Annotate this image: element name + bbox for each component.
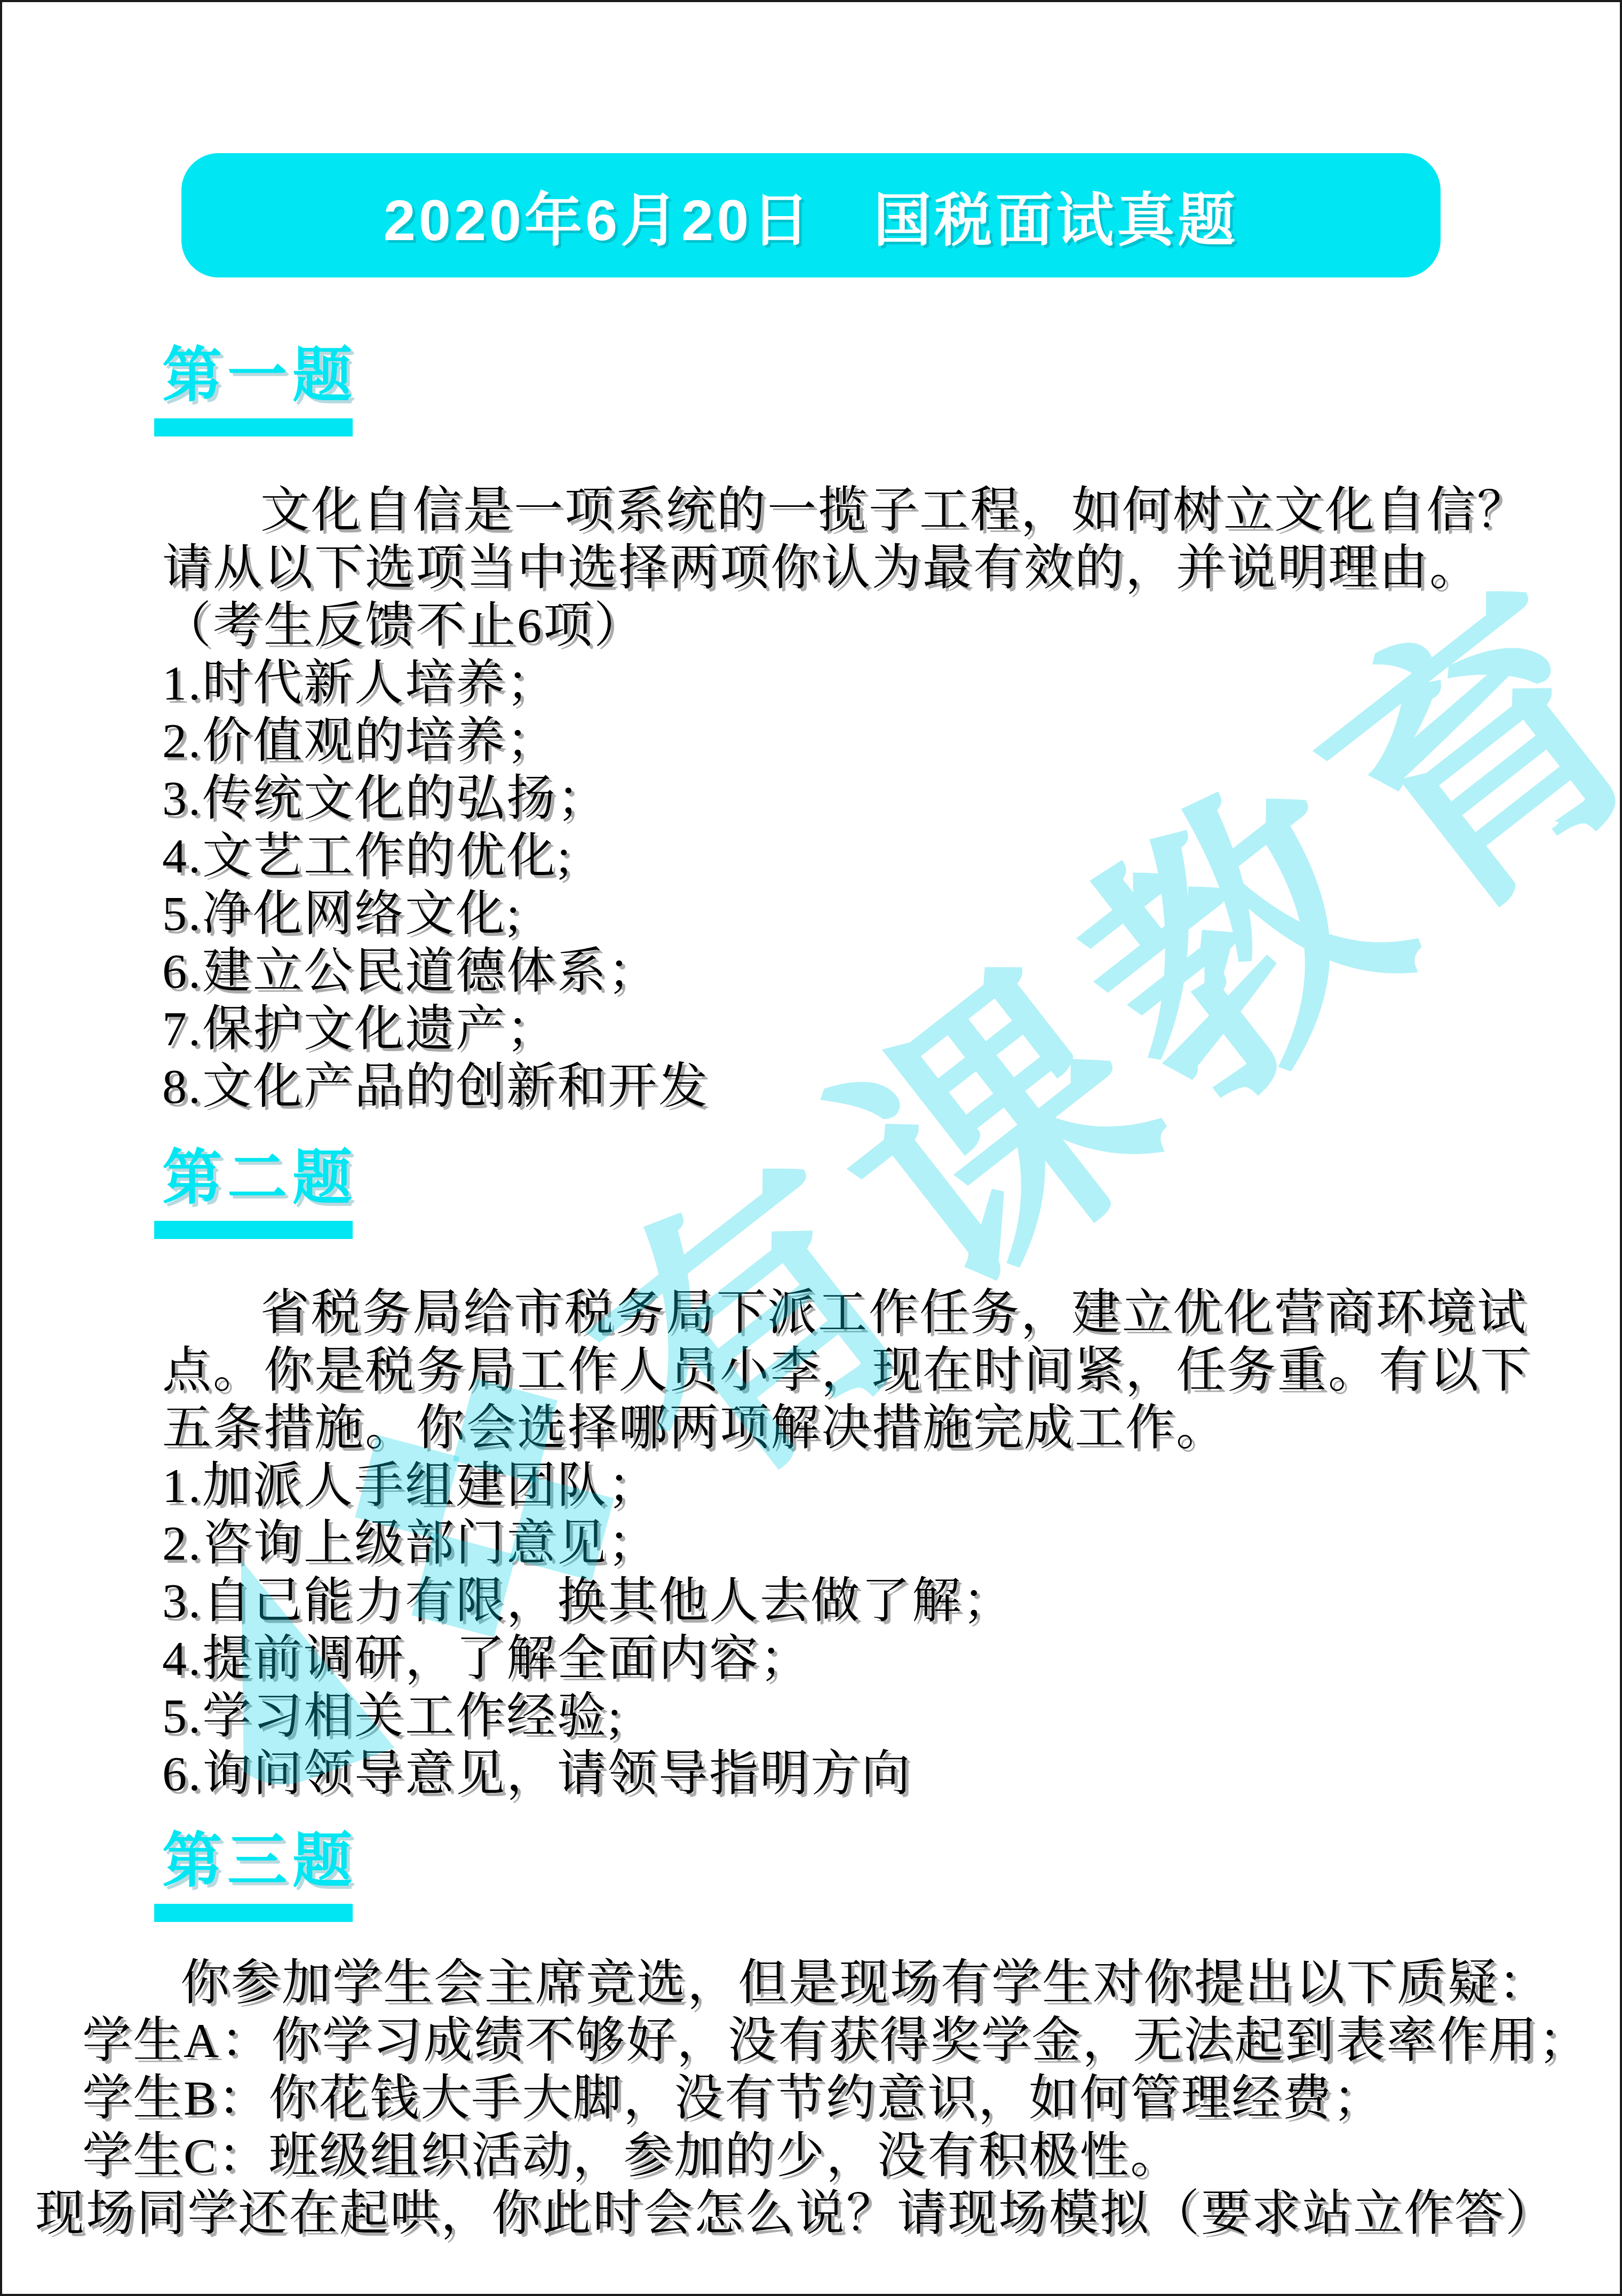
- paragraph-line: （考生反馈不止6项）: [162, 597, 1620, 654]
- list-item: 6.建立公民道德体系；: [162, 942, 1620, 1000]
- document-page: 2020年6月20日 国税面试真题 第一题 文化自信是一项系统的一揽子工程，如何…: [0, 0, 1622, 2296]
- section-2: 第二题 省税务局给市税务局下派工作任务，建立优化营商环境试 点。你是税务局工作人…: [2, 1148, 1620, 1802]
- section-2-heading: 第二题: [162, 1148, 1620, 1208]
- section-2-paragraph: 省税务局给市税务局下派工作任务，建立优化营商环境试 点。你是税务局工作人员小李，…: [2, 1284, 1620, 1457]
- list-item: 5.净化网络文化;: [162, 885, 1620, 942]
- paragraph-line: 现场同学还在起哄，你此时会怎么说？请现场模拟（要求站立作答）: [35, 2184, 1620, 2242]
- list-item: 4.文艺工作的优化;: [162, 827, 1620, 885]
- paragraph-line: 学生B：你花钱大手大脚，没有节约意识，如何管理经费；: [82, 2069, 1620, 2127]
- section-1-heading: 第一题: [162, 346, 1620, 406]
- title-banner: 2020年6月20日 国税面试真题: [181, 153, 1441, 277]
- section-1-paragraph: 文化自信是一项系统的一揽子工程，如何树立文化自信？ 请从以下选项当中选择两项你认…: [2, 481, 1620, 654]
- list-item: 2.价值观的培养；: [162, 712, 1620, 769]
- list-item: 1.时代新人培养；: [162, 654, 1620, 712]
- list-item: 3.传统文化的弘扬；: [162, 769, 1620, 827]
- list-item: 1.加派人手组建团队；: [162, 1457, 1620, 1514]
- paragraph-line: 文化自信是一项系统的一揽子工程，如何树立文化自信？: [162, 481, 1620, 539]
- heading-underline: [154, 418, 353, 436]
- section-1: 第一题 文化自信是一项系统的一揽子工程，如何树立文化自信？ 请从以下选项当中选择…: [2, 346, 1620, 1115]
- list-item: 8.文化产品的创新和开发: [162, 1058, 1620, 1115]
- section-3: 第三题 你参加学生会主席竞选，但是现场有学生对你提出以下质疑： 学生A：你学习成…: [2, 1831, 1620, 2242]
- section-1-options: 1.时代新人培养； 2.价值观的培养； 3.传统文化的弘扬； 4.文艺工作的优化…: [2, 654, 1620, 1115]
- section-3-paragraph: 你参加学生会主席竞选，但是现场有学生对你提出以下质疑： 学生A：你学习成绩不够好…: [2, 1954, 1620, 2242]
- paragraph-line: 点。你是税务局工作人员小李，现在时间紧，任务重。有以下: [162, 1341, 1620, 1399]
- paragraph-line: 请从以下选项当中选择两项你认为最有效的，并说明理由。: [162, 539, 1620, 597]
- section-3-heading: 第三题: [162, 1831, 1620, 1891]
- heading-underline: [154, 1904, 353, 1922]
- paragraph-line: 省税务局给市税务局下派工作任务，建立优化营商环境试: [162, 1284, 1620, 1341]
- list-item: 7.保护文化遗产；: [162, 1000, 1620, 1058]
- list-item: 5.学习相关工作经验;: [162, 1687, 1620, 1745]
- section-2-options: 1.加派人手组建团队； 2.咨询上级部门意见； 3.自己能力有限，换其他人去做了…: [2, 1457, 1620, 1802]
- list-item: 6.询问领导意见，请领导指明方向: [162, 1745, 1620, 1802]
- paragraph-line: 五条措施。你会选择哪两项解决措施完成工作。: [162, 1399, 1620, 1457]
- list-item: 4.提前调研，了解全面内容；: [162, 1630, 1620, 1687]
- document-title: 2020年6月20日 国税面试真题: [384, 174, 1238, 257]
- list-item: 2.咨询上级部门意见；: [162, 1514, 1620, 1572]
- paragraph-line: 学生A：你学习成绩不够好，没有获得奖学金，无法起到表率作用；: [82, 2012, 1620, 2069]
- list-item: 3.自己能力有限，换其他人去做了解；: [162, 1572, 1620, 1630]
- paragraph-line: 你参加学生会主席竞选，但是现场有学生对你提出以下质疑：: [82, 1954, 1620, 2012]
- paragraph-line: 学生C：班级组织活动，参加的少，没有积极性。: [82, 2127, 1620, 2184]
- heading-underline: [154, 1221, 353, 1239]
